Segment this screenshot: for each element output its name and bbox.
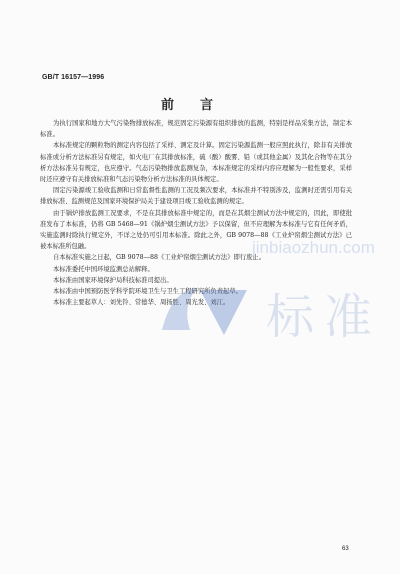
paragraph: 本标准委托中国环境监测总站解释。 xyxy=(40,264,352,275)
paragraph: 为执行国家和地方大气污染物排放标准，规范固定污染源有组织排放的监测，特别是样品采… xyxy=(40,118,352,140)
page-title: 前言 xyxy=(0,94,400,113)
watermark-logo-icon xyxy=(152,280,252,340)
watermark-text: 标准 xyxy=(266,278,382,347)
page-number: 63 xyxy=(342,546,349,552)
paragraph: 本标准规定的颗粒物的测定内容包括了采样、测定及计算。固定污染源监测一般应照此执行… xyxy=(40,140,352,185)
standard-code: GB/T 16157—1996 xyxy=(42,74,104,81)
watermark-url: jinbiaozhun.com xyxy=(252,238,375,258)
paragraph: 固定污染源竣工验收监测和日常监督性监测的工况及频次要求，本标准并不特别涉及，监测… xyxy=(40,185,352,207)
